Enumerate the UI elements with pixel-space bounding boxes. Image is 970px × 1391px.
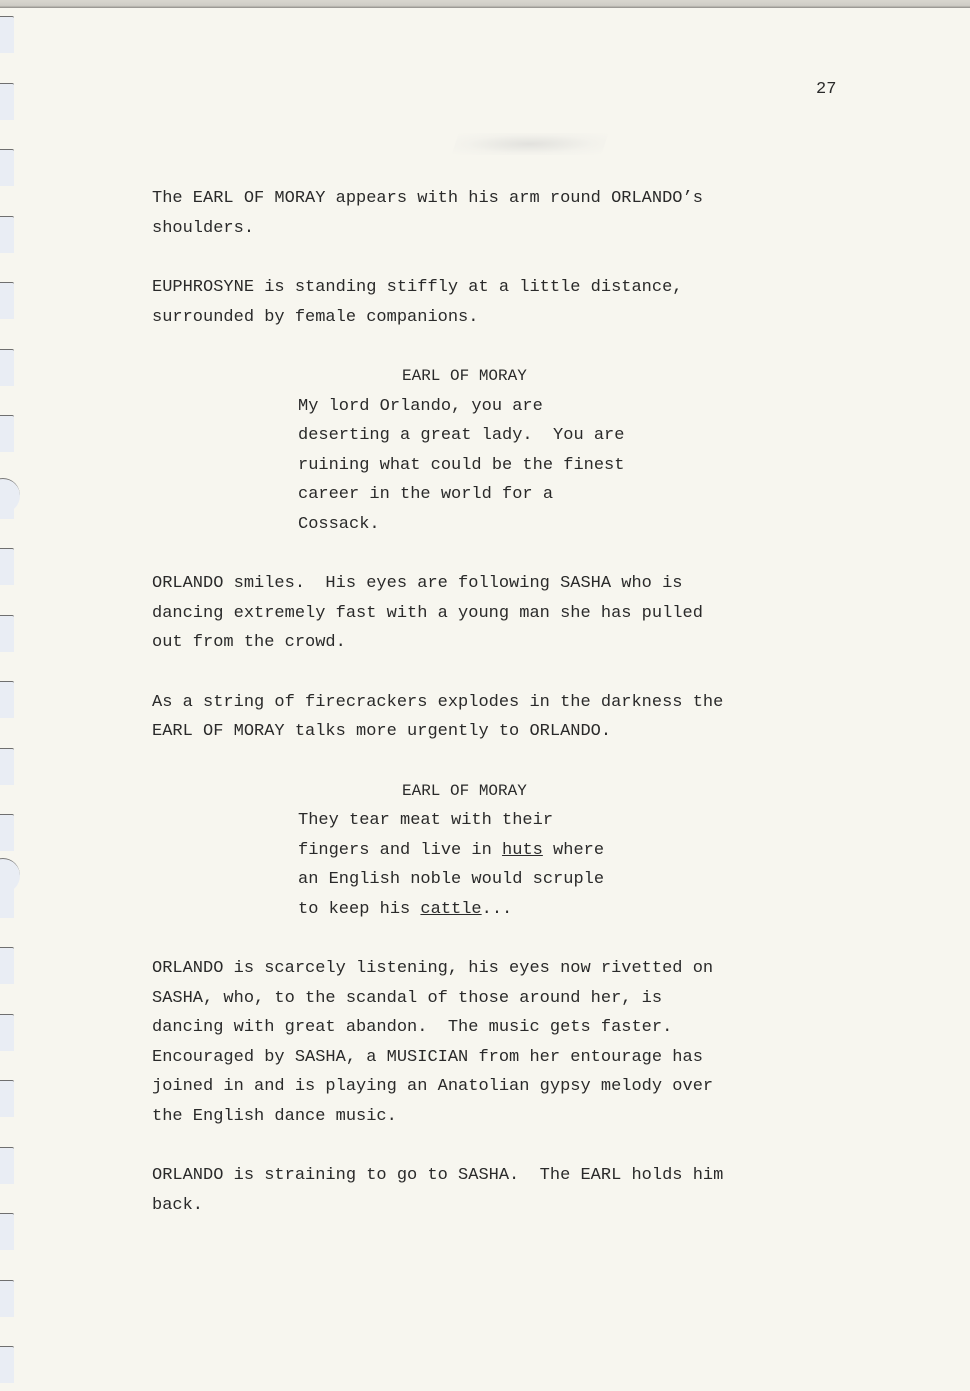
dialogue-line: My lord Orlando, you are	[298, 392, 698, 422]
scan-top-edge	[0, 0, 970, 8]
action-line: surrounded by female companions.	[152, 303, 852, 333]
action-paragraph: ORLANDO is straining to go to SASHA. The…	[152, 1161, 852, 1220]
action-line: the English dance music.	[152, 1102, 852, 1132]
binding-tab	[0, 1014, 14, 1051]
binding-tab	[0, 216, 14, 253]
action-paragraph: EUPHROSYNE is standing stiffly at a litt…	[152, 273, 852, 332]
binding-tab	[0, 1147, 14, 1184]
action-line: As a string of firecrackers explodes in …	[152, 688, 852, 718]
bleed-through-smudge	[451, 133, 608, 155]
action-paragraph: ORLANDO smiles. His eyes are following S…	[152, 569, 852, 658]
action-paragraph: The EARL OF MORAY appears with his arm r…	[152, 184, 852, 243]
dialogue-text: an English noble would scruple	[298, 870, 604, 889]
dialogue-block: EARL OF MORAYThey tear meat with theirfi…	[298, 777, 698, 925]
action-line: ORLANDO is straining to go to SASHA. The…	[152, 1161, 852, 1191]
action-line: EUPHROSYNE is standing stiffly at a litt…	[152, 273, 852, 303]
binding-tab	[0, 1213, 14, 1250]
dialogue-text: ...	[482, 900, 513, 919]
action-line: EARL OF MORAY talks more urgently to ORL…	[152, 717, 852, 747]
dialogue-text: deserting a great lady. You are	[298, 426, 624, 445]
ring-binding-edge	[0, 0, 18, 1391]
underlined-emphasis: cattle	[420, 900, 481, 919]
action-line: ORLANDO smiles. His eyes are following S…	[152, 569, 852, 599]
dialogue-block: EARL OF MORAYMy lord Orlando, you aredes…	[298, 362, 698, 539]
binding-tab	[0, 681, 14, 718]
binding-tab	[0, 83, 14, 120]
dialogue-text: to keep his	[298, 900, 420, 919]
dialogue-text: fingers and live in	[298, 841, 502, 860]
page-number: 27	[816, 80, 836, 99]
dialogue-text: where	[543, 841, 604, 860]
action-paragraph: ORLANDO is scarcely listening, his eyes …	[152, 954, 852, 1131]
punch-hole	[0, 478, 20, 513]
screenplay-body: The EARL OF MORAY appears with his arm r…	[152, 184, 852, 1250]
action-line: back.	[152, 1191, 852, 1221]
dialogue-line: to keep his cattle...	[298, 895, 698, 925]
action-line: joined in and is playing an Anatolian gy…	[152, 1072, 852, 1102]
binding-tab	[0, 16, 14, 53]
binding-tab	[0, 1346, 14, 1383]
action-line: SASHA, who, to the scandal of those arou…	[152, 984, 852, 1014]
underlined-emphasis: huts	[502, 841, 543, 860]
binding-tab	[0, 814, 14, 851]
binding-tab	[0, 149, 14, 186]
binding-tab	[0, 748, 14, 785]
character-cue: EARL OF MORAY	[402, 777, 698, 807]
dialogue-text: They tear meat with their	[298, 811, 553, 830]
action-line: Encouraged by SASHA, a MUSICIAN from her…	[152, 1043, 852, 1073]
punch-hole	[0, 858, 20, 893]
binding-tab	[0, 1080, 14, 1117]
action-line: out from the crowd.	[152, 628, 852, 658]
dialogue-line: fingers and live in huts where	[298, 836, 698, 866]
dialogue-line: career in the world for a	[298, 480, 698, 510]
action-line: ORLANDO is scarcely listening, his eyes …	[152, 954, 852, 984]
character-cue: EARL OF MORAY	[402, 362, 698, 392]
action-line: shoulders.	[152, 214, 852, 244]
dialogue-line: ruining what could be the finest	[298, 451, 698, 481]
binding-tab	[0, 282, 14, 319]
dialogue-line: They tear meat with their	[298, 806, 698, 836]
dialogue-text: Cossack.	[298, 515, 380, 534]
binding-tab	[0, 947, 14, 984]
action-line: dancing extremely fast with a young man …	[152, 599, 852, 629]
dialogue-line: Cossack.	[298, 510, 698, 540]
binding-tab	[0, 548, 14, 585]
dialogue-text: My lord Orlando, you are	[298, 397, 543, 416]
dialogue-line: an English noble would scruple	[298, 865, 698, 895]
binding-tab	[0, 615, 14, 652]
binding-tab	[0, 415, 14, 452]
dialogue-text: ruining what could be the finest	[298, 456, 624, 475]
action-line: The EARL OF MORAY appears with his arm r…	[152, 184, 852, 214]
dialogue-text: career in the world for a	[298, 485, 553, 504]
action-paragraph: As a string of firecrackers explodes in …	[152, 688, 852, 747]
binding-tab	[0, 1280, 14, 1317]
action-line: dancing with great abandon. The music ge…	[152, 1013, 852, 1043]
binding-tab	[0, 349, 14, 386]
dialogue-line: deserting a great lady. You are	[298, 421, 698, 451]
